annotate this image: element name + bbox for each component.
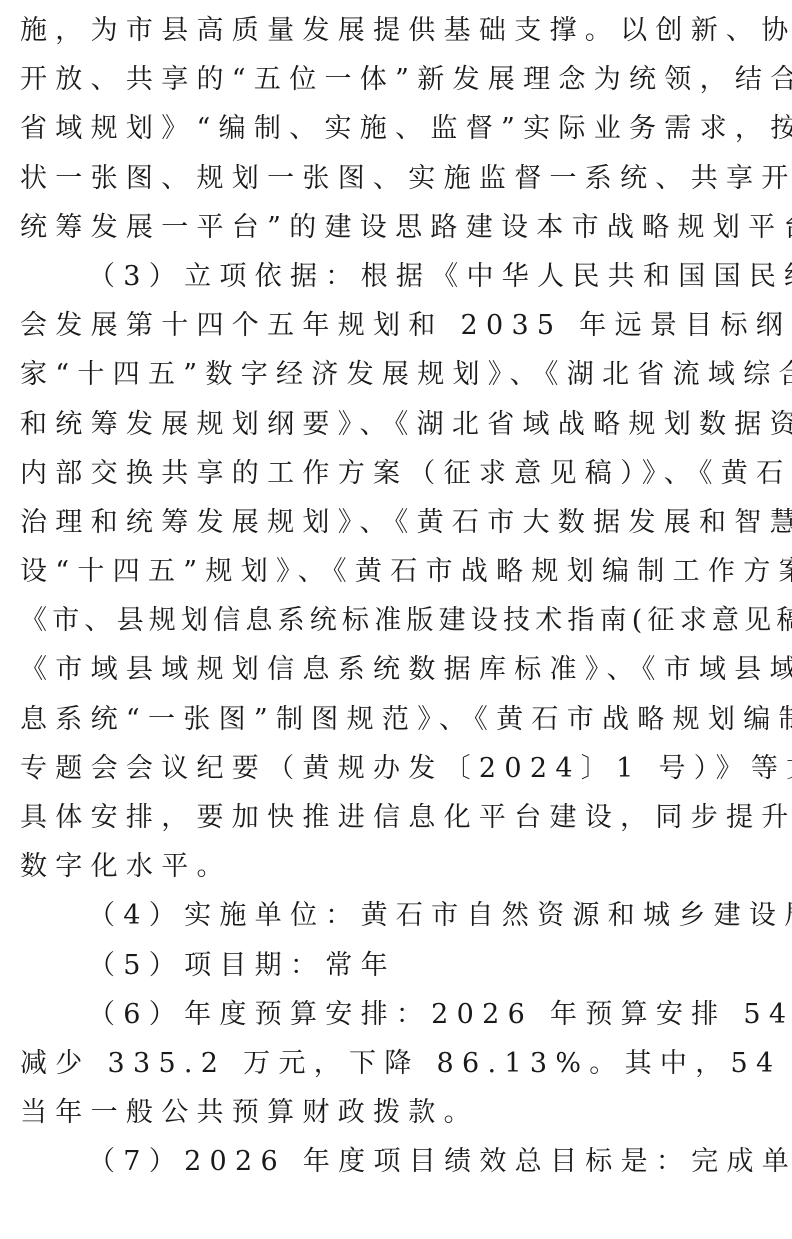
document-page: 施，为市县高质量发展提供基础支撑。以创新、协调、绿色、 开放、共享的“五位一体”… <box>20 6 770 1187</box>
text-line: 具体安排，要加快推进信息化平台建设，同步提升专项规划 <box>20 793 770 842</box>
text-line-first: （7）2026 年度项目绩效总目标是：完成单机版和政务 <box>20 1137 770 1186</box>
text-line: 治理和统筹发展规划》、《黄石市大数据发展和智慧城市建 <box>20 498 770 547</box>
text-line: 减少 335.2 万元，下降 86.13%。其中，54 万元资金来源为 <box>20 1039 770 1088</box>
paragraph-intro-continuation: 施，为市县高质量发展提供基础支撑。以创新、协调、绿色、 开放、共享的“五位一体”… <box>20 6 770 252</box>
text-line: 状一张图、规划一张图、实施监督一系统、共享开放一标准、 <box>20 154 770 203</box>
text-line: 设“十四五”规划》、《黄石市战略规划编制工作方案》、 <box>20 547 770 596</box>
text-line: 施，为市县高质量发展提供基础支撑。以创新、协调、绿色、 <box>20 6 770 55</box>
paragraph-project-basis: （3）立项依据：根据《中华人民共和国国民经济和社 会发展第十四个五年规划和 20… <box>20 252 770 891</box>
text-line: 当年一般公共预算财政拨款。 <box>20 1088 770 1137</box>
paragraph-performance-goal: （7）2026 年度项目绩效总目标是：完成单机版和政务 <box>20 1137 770 1186</box>
text-line: 和统筹发展规划纲要》、《湖北省域战略规划数据资源政府 <box>20 400 770 449</box>
text-line-first: （6）年度预算安排：2026 年预算安排 54 万元，比上年 <box>20 990 770 1039</box>
text-line-first: （4）实施单位：黄石市自然资源和城乡建设局 <box>20 891 770 940</box>
text-line: 内部交换共享的工作方案（征求意见稿）》、《黄石市综合 <box>20 449 770 498</box>
paragraph-annual-budget: （6）年度预算安排：2026 年预算安排 54 万元，比上年 减少 335.2 … <box>20 990 770 1138</box>
text-line: 会发展第十四个五年规划和 2035 年远景目标纲要》、《国 <box>20 301 770 350</box>
paragraph-project-period: （5）项目期：常年 <box>20 941 770 990</box>
text-line: 《市、县规划信息系统标准版建设技术指南(征求意见稿)》、 <box>20 596 770 645</box>
text-line: 统筹发展一平台”的建设思路建设本市战略规划平台。 <box>20 203 770 252</box>
text-line-first: （3）立项依据：根据《中华人民共和国国民经济和社 <box>20 252 770 301</box>
text-line: 《市域县域规划信息系统数据库标准》、《市域县域规划信 <box>20 645 770 694</box>
text-line: 家“十四五”数字经济发展规划》、《湖北省流域综合治理 <box>20 350 770 399</box>
text-line: 数字化水平。 <box>20 842 770 891</box>
text-line: 省域规划》“编制、实施、监督”实际业务需求，按照“现 <box>20 104 770 153</box>
text-line: 专题会会议纪要（黄规办发〔2024〕1 号）》等文件要求及 <box>20 744 770 793</box>
paragraph-implementing-unit: （4）实施单位：黄石市自然资源和城乡建设局 <box>20 891 770 940</box>
text-line-first: （5）项目期：常年 <box>20 941 770 990</box>
text-line: 开放、共享的“五位一体”新发展理念为统领，结合《湖北 <box>20 55 770 104</box>
text-line: 息系统“一张图”制图规范》、《黄石市战略规划编制工作 <box>20 695 770 744</box>
